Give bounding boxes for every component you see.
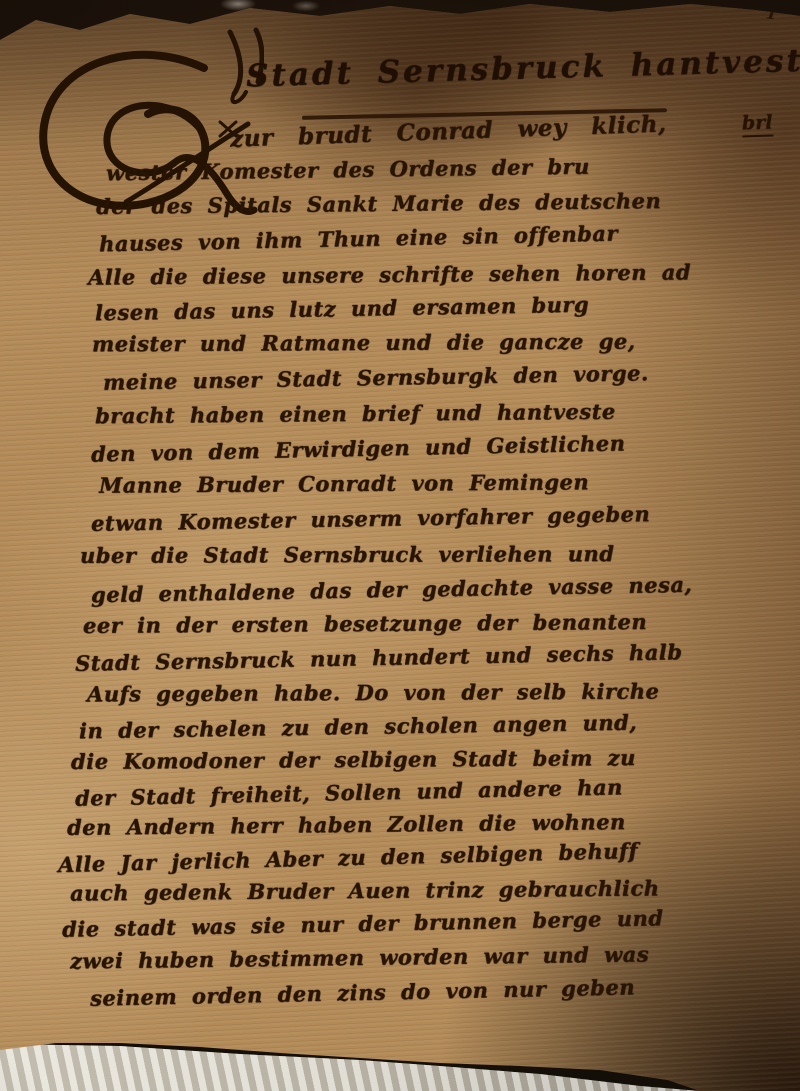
heading-title: Stadt Sernsbruck hantvestin: [246, 42, 800, 95]
text-line: zwei huben bestimmen worden war und was: [70, 941, 649, 973]
text-line: Aufs gegeben habe. Do von der selb kirch…: [87, 679, 660, 707]
text-line: meister und Ratmane und die gancze ge,: [92, 329, 636, 357]
text-line: uber die Stadt Sernsbruck verliehen und: [80, 541, 614, 568]
ink-layer: Stadt Sernsbruck hantvestin 1 brl zur br…: [0, 0, 800, 1091]
manuscript-page: Stadt Sernsbruck hantvestin 1 brl zur br…: [0, 0, 800, 1091]
text-line: in der schelen zu den scholen angen und,: [79, 710, 637, 744]
text-line: wester Komester des Ordens der bru: [106, 154, 590, 186]
text-line: Manne Bruder Conradt von Femingen: [99, 469, 589, 497]
text-line: auch gedenk Bruder Auen trinz gebrauchli…: [70, 875, 660, 905]
text-line: etwan Komester unserm vorfahrer gegeben: [91, 501, 651, 536]
text-line: geld enthaldene das der gedachte vasse n…: [91, 572, 693, 607]
manuscript-photo: Stadt Sernsbruck hantvestin 1 brl zur br…: [0, 0, 800, 1091]
text-line: die stadt was sie nur der brunnen berge …: [62, 905, 664, 942]
text-line: den von dem Erwirdigen und Geistlichen: [91, 430, 626, 466]
text-line: lesen das uns lutz und ersamen burg: [95, 292, 589, 326]
text-line: den Andern herr haben Zollen die wohnen: [67, 809, 626, 840]
text-line: der Stadt freiheit, Sollen und andere ha…: [75, 774, 623, 810]
text-line: der des Spitals Sankt Marie des deutsche…: [96, 188, 661, 219]
text-line: meine unser Stadt Sernsburgk den vorge.: [103, 360, 649, 395]
text-line: bracht haben einen brief und hantveste: [95, 399, 616, 429]
text-line: Stadt Sernsbruck nun hundert und sechs h…: [75, 639, 683, 676]
folio-mark: brl: [742, 111, 773, 137]
text-line: Alle die diese unsere schrifte sehen hor…: [88, 259, 691, 289]
text-line: seinem orden den zins do von nur geben: [90, 974, 635, 1010]
text-line: die Komodoner der selbigen Stadt beim zu: [71, 745, 636, 774]
text-line: Alle Jar jerlich Aber zu den selbigen be…: [58, 838, 639, 877]
text-line: eer in der ersten besetzunge der benante…: [83, 609, 647, 638]
